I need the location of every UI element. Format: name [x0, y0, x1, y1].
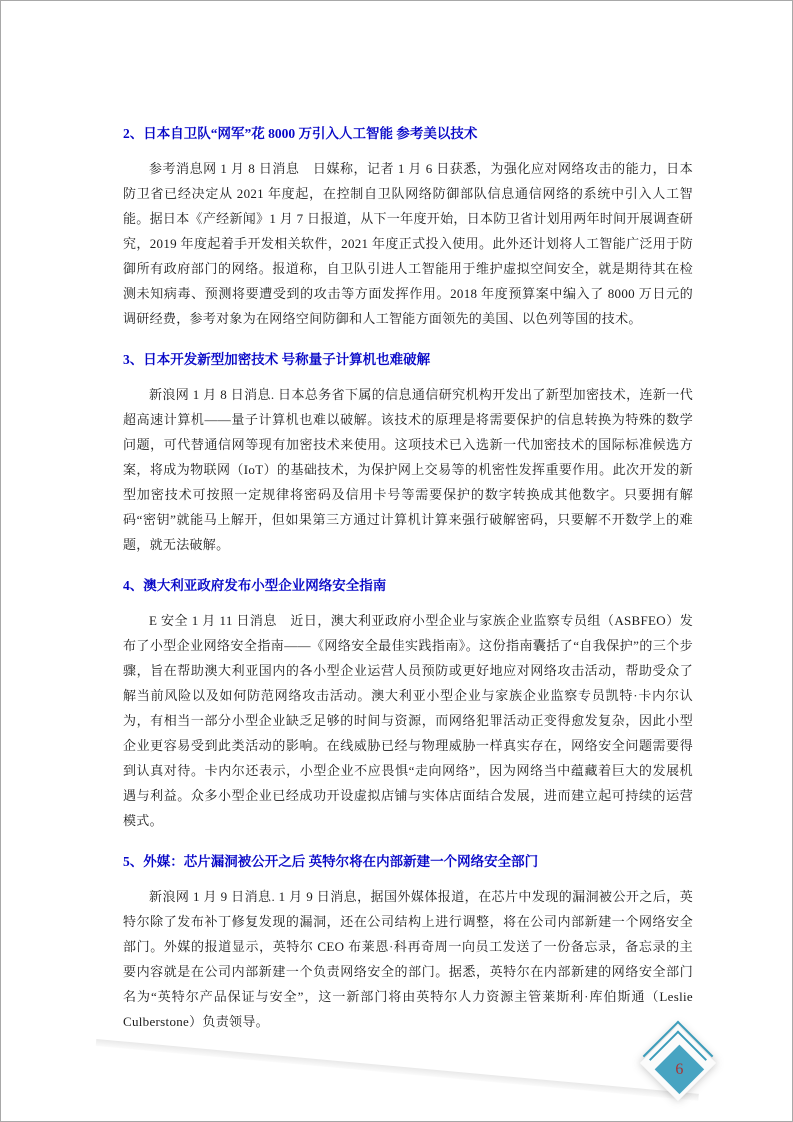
section-body: E 安全 1 月 11 日消息 近日，澳大利亚政府小型企业与家族企业监察专员组（…	[123, 608, 693, 833]
section-heading: 4、澳大利亚政府发布小型企业网络安全指南	[123, 573, 693, 598]
page-content: 2、日本自卫队“网军”花 8000 万引入人工智能 参考美以技术 参考消息网 1…	[123, 121, 693, 1034]
section-heading: 2、日本自卫队“网军”花 8000 万引入人工智能 参考美以技术	[123, 121, 693, 146]
document-page: 2、日本自卫队“网军”花 8000 万引入人工智能 参考美以技术 参考消息网 1…	[0, 0, 793, 1122]
section-body: 新浪网 1 月 9 日消息. 1 月 9 日消息，据国外媒体报道，在芯片中发现的…	[123, 884, 693, 1034]
section-body: 参考消息网 1 月 8 日消息 日媒称，记者 1 月 6 日获悉，为强化应对网络…	[123, 156, 693, 331]
news-section-2: 2、日本自卫队“网军”花 8000 万引入人工智能 参考美以技术 参考消息网 1…	[123, 121, 693, 331]
news-section-5: 5、外媒：芯片漏洞被公开之后 英特尔将在内部新建一个网络安全部门 新浪网 1 月…	[123, 849, 693, 1034]
corner-ribbon-shadow	[96, 1039, 699, 1101]
page-number: 6	[675, 1060, 683, 1078]
section-body: 新浪网 1 月 8 日消息. 日本总务省下属的信息通信研究机构开发出了新型加密技…	[123, 382, 693, 557]
news-section-4: 4、澳大利亚政府发布小型企业网络安全指南 E 安全 1 月 11 日消息 近日，…	[123, 573, 693, 833]
section-heading: 3、日本开发新型加密技术 号称量子计算机也难破解	[123, 347, 693, 372]
section-heading: 5、外媒：芯片漏洞被公开之后 英特尔将在内部新建一个网络安全部门	[123, 849, 693, 874]
news-section-3: 3、日本开发新型加密技术 号称量子计算机也难破解 新浪网 1 月 8 日消息. …	[123, 347, 693, 557]
